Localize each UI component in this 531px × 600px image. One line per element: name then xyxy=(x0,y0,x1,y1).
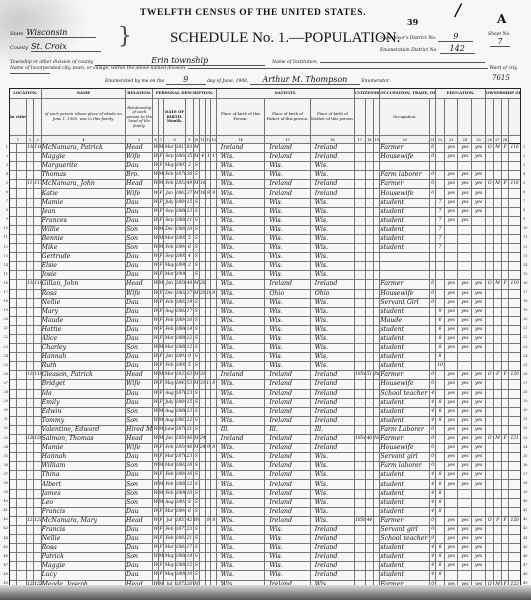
cell-year: 1888 xyxy=(175,344,186,353)
cell-eng: yes xyxy=(472,380,486,389)
cell-fob: Ireland xyxy=(265,498,310,507)
cell-month: Mar xyxy=(164,462,176,471)
cell-sch: 8 xyxy=(436,353,444,362)
cell-read: yes xyxy=(444,280,458,289)
cell-year: 1890 xyxy=(175,571,186,580)
cell-imm xyxy=(355,198,366,207)
cell-free xyxy=(494,471,501,480)
cell-name: Rosa xyxy=(41,289,125,298)
cell-yus xyxy=(365,171,373,180)
cell-rel: Wife xyxy=(126,289,153,298)
cell-imm xyxy=(355,353,366,362)
cell-rel: Wife xyxy=(126,444,153,453)
cell-yus xyxy=(365,407,373,416)
cell-age: 10 xyxy=(186,225,193,234)
cell-name: Hattie xyxy=(41,325,125,334)
cell-dw xyxy=(26,389,33,398)
cell-year: 1870 xyxy=(175,171,186,180)
cell-name: Bennie xyxy=(41,234,125,243)
cell-sch: 6 xyxy=(436,316,444,325)
cell-name: Rosa xyxy=(41,544,125,553)
cell-month: May xyxy=(164,162,176,171)
line-number: 33 xyxy=(1,436,8,440)
cell-street xyxy=(10,289,17,298)
cell-rel: Dau xyxy=(126,353,153,362)
cell-age: 21 xyxy=(186,535,193,544)
cell-yus xyxy=(365,544,373,553)
cell-write: yes xyxy=(458,516,472,525)
cell-age: 30 xyxy=(186,171,193,180)
cell-house xyxy=(17,507,26,516)
cell-free: M xyxy=(494,180,501,189)
cell-rel: Dau xyxy=(126,571,153,580)
cell-sex: M xyxy=(158,371,163,380)
cell-rel: Dau xyxy=(126,262,153,271)
cell-read: yes xyxy=(444,462,458,471)
cell-sch: 7 xyxy=(436,207,444,216)
cell-mob: Wis. xyxy=(310,362,354,371)
cell-month: Aug xyxy=(164,389,176,398)
cell-occ: Servant girl xyxy=(380,453,430,462)
cell-yus xyxy=(365,453,373,462)
cell-ms: M xyxy=(193,444,199,453)
line-number: 26 xyxy=(1,372,8,376)
cell-year: 1856 xyxy=(175,280,186,289)
cell-house xyxy=(17,234,26,243)
cell-farm xyxy=(501,453,508,462)
cell-age: 18 xyxy=(186,462,193,471)
cell-month: Dec xyxy=(164,289,176,298)
cell-sch: 8 xyxy=(436,571,444,580)
incorporated-value xyxy=(188,68,488,69)
cell-read: yes xyxy=(444,289,458,298)
cell-own xyxy=(485,334,493,343)
line-number: 12 xyxy=(523,245,530,249)
cell-fob: Wis. xyxy=(265,525,310,534)
line-number: 16 xyxy=(1,281,8,285)
cell-fob: Ireland xyxy=(265,453,310,462)
cell-pob: Wis. xyxy=(216,189,265,198)
cell-yus xyxy=(365,216,373,225)
cell-yus xyxy=(365,344,373,353)
cell-eng: yes xyxy=(472,407,486,416)
cell-occ: Farmer xyxy=(380,516,430,525)
cell-mob: Ireland xyxy=(310,535,354,544)
cell-name: William xyxy=(41,462,125,471)
cell-sched xyxy=(509,407,521,416)
cell-sch: 8 xyxy=(436,489,444,498)
cell-rel: Wife xyxy=(126,380,153,389)
cell-yus xyxy=(365,380,373,389)
sheet-no-field: Sheet No.7 xyxy=(488,32,511,47)
line-number: 34 xyxy=(523,445,530,449)
cell-occ: student xyxy=(380,498,430,507)
col-date-of-birth: DATE OF BIRTH. Month. xyxy=(164,99,186,136)
cell-fob: Ireland xyxy=(265,462,310,471)
cell-age: 8 xyxy=(186,498,193,507)
day-value: 9 xyxy=(166,75,206,85)
cell-street xyxy=(10,144,17,153)
cell-own xyxy=(485,171,493,180)
cell-sch: 8 xyxy=(436,334,444,343)
line-number: 23 xyxy=(1,345,8,349)
cell-imm xyxy=(355,153,366,162)
cell-own xyxy=(485,525,493,534)
cell-farm xyxy=(501,325,508,334)
cell-age: 2 xyxy=(186,162,193,171)
cell-yus xyxy=(365,471,373,480)
cell-year: 1851 xyxy=(175,180,186,189)
cell-read: yes xyxy=(444,471,458,480)
cell-own xyxy=(485,362,493,371)
cell-pob: Wis. xyxy=(216,307,265,316)
page-number: 39 xyxy=(407,17,418,27)
cell-race: W xyxy=(153,453,158,462)
cell-write: yes xyxy=(458,189,472,198)
cell-street xyxy=(10,371,17,380)
pencil-mark: / xyxy=(453,0,463,21)
cell-sex: M xyxy=(158,435,163,444)
cell-read: yes xyxy=(444,307,458,316)
line-number: 3 xyxy=(523,163,530,167)
cell-occ: Housewife xyxy=(380,153,430,162)
cell-dw xyxy=(26,544,33,553)
cell-age: 46 xyxy=(186,444,193,453)
cell-eng: yes xyxy=(472,444,486,453)
cell-occ: School teacher xyxy=(380,389,430,398)
cell-house xyxy=(17,353,26,362)
cell-rel: Dau xyxy=(126,398,153,407)
line-number: 47 xyxy=(1,563,8,567)
cell-dw xyxy=(26,234,33,243)
cell-house xyxy=(17,435,26,444)
cell-farm xyxy=(501,271,508,280)
cell-street xyxy=(10,416,17,425)
census-row: KatieWifeWFJan186337M1699Wis.IrelandIrel… xyxy=(10,189,521,198)
cell-own xyxy=(485,353,493,362)
cell-fam xyxy=(34,234,41,243)
cell-read: yes xyxy=(444,316,458,325)
cell-pob: Wis. xyxy=(216,407,265,416)
line-number: 46 xyxy=(1,554,8,558)
cell-mob: Ohio xyxy=(310,289,354,298)
cell-mob: Ireland xyxy=(310,416,354,425)
cell-yus xyxy=(365,298,373,307)
cell-farm xyxy=(501,298,508,307)
cell-fob: Wis. xyxy=(265,562,310,571)
cell-read: yes xyxy=(444,480,458,489)
line-number: 22 xyxy=(523,335,530,339)
group-location: LOCATION. xyxy=(10,89,42,99)
group-education: EDUCATION. xyxy=(436,89,486,99)
col-in-cities: In cities. xyxy=(10,99,27,136)
line-number: 14 xyxy=(1,263,8,267)
cell-dw xyxy=(26,344,33,353)
cell-imm xyxy=(355,162,366,171)
colnum: 23 xyxy=(444,136,458,144)
cell-mob: Ireland xyxy=(310,544,354,553)
cell-read xyxy=(444,262,458,271)
col-write xyxy=(458,99,472,136)
cell-dw xyxy=(26,189,33,198)
cell-mob: Wis. xyxy=(310,216,354,225)
col-years-us xyxy=(365,99,373,136)
cell-sex: M xyxy=(158,180,163,189)
cell-occ: Housewife xyxy=(380,380,430,389)
cell-pob: Wis. xyxy=(216,562,265,571)
cell-rel: Dau xyxy=(126,389,153,398)
cell-year: 1888 xyxy=(175,334,186,343)
cell-age: 12 xyxy=(186,480,193,489)
colnum: 1 xyxy=(10,136,27,144)
cell-pob: Wis. xyxy=(216,316,265,325)
cell-mob: Wis. xyxy=(310,162,354,171)
cell-race: W xyxy=(153,535,158,544)
cell-mob: Ireland xyxy=(310,435,354,444)
cell-free xyxy=(494,535,501,544)
colnum: 16 xyxy=(310,136,354,144)
cell-read: yes xyxy=(444,180,458,189)
cell-house xyxy=(17,216,26,225)
cell-read: yes xyxy=(444,207,458,216)
cell-imm xyxy=(355,207,366,216)
enumerated-label: Enumerated by me on the xyxy=(105,79,164,84)
colnum: 24 xyxy=(458,136,472,144)
line-number: 36 xyxy=(1,463,8,467)
cell-street xyxy=(10,253,17,262)
incorporated-label: Name of Incorporated city, town, or vill… xyxy=(10,66,186,71)
cell-rel: Dau xyxy=(126,216,153,225)
cell-street xyxy=(10,234,17,243)
cell-race: W xyxy=(153,471,158,480)
cell-race: W xyxy=(153,171,158,180)
cell-dw xyxy=(26,489,33,498)
cell-mob: Ireland xyxy=(310,553,354,562)
cell-occ: Farm laborer xyxy=(380,462,430,471)
cell-dw xyxy=(26,334,33,343)
cell-imm xyxy=(355,544,366,553)
colnum: 20 xyxy=(380,136,430,144)
cell-free xyxy=(494,407,501,416)
line-number: 40 xyxy=(1,499,8,503)
cell-street xyxy=(10,262,17,271)
line-number: 11 xyxy=(1,235,8,239)
cell-mob: Wis. xyxy=(310,462,354,471)
line-number: 20 xyxy=(523,317,530,321)
cell-imm xyxy=(355,480,366,489)
cell-mob: Ireland xyxy=(310,144,354,153)
cell-rel: Son xyxy=(126,225,153,234)
line-number: 24 xyxy=(1,354,8,358)
line-number: 27 xyxy=(523,381,530,385)
census-row: AliceDauWFMar188812SWis.Wis.Wis.student8… xyxy=(10,334,521,343)
cell-rel: Dau xyxy=(126,525,153,534)
cell-free xyxy=(494,207,501,216)
cell-street xyxy=(10,225,17,234)
cell-house xyxy=(17,516,26,525)
cell-free xyxy=(494,425,501,434)
cell-dw xyxy=(26,271,33,280)
cell-free xyxy=(494,353,501,362)
cell-mob: Wis. xyxy=(310,498,354,507)
cell-write xyxy=(458,498,472,507)
cell-occ: student xyxy=(380,244,430,253)
cell-ms: M xyxy=(193,189,199,198)
cell-street xyxy=(10,207,17,216)
cell-rel: Son xyxy=(126,407,153,416)
cell-sched xyxy=(509,525,521,534)
cell-house xyxy=(17,425,26,434)
cell-pob: Wis. xyxy=(216,471,265,480)
cell-free xyxy=(494,444,501,453)
cell-year: 1847 xyxy=(175,380,186,389)
cell-street xyxy=(10,507,17,516)
cell-year: 1864 xyxy=(175,153,186,162)
cell-race: W xyxy=(153,225,158,234)
cell-race: W xyxy=(153,389,158,398)
cell-sched xyxy=(509,507,521,516)
cell-fam xyxy=(34,444,41,453)
cell-imm xyxy=(355,244,366,253)
census-row: MaudeDauWFFeb188416SWis.Wis.Wis.Maude6ye… xyxy=(10,316,521,325)
cell-fam: 116 xyxy=(34,144,41,153)
cell-sch: 8 xyxy=(436,498,444,507)
census-row: BennieSonWMMar18955SWis.Wis.Wis.student7 xyxy=(10,234,521,243)
cell-own xyxy=(485,344,493,353)
col-family xyxy=(34,99,41,136)
cell-imm xyxy=(355,525,366,534)
cell-sched: 116 xyxy=(509,144,521,153)
cell-rel: Dau xyxy=(126,207,153,216)
cell-fob: Wis. xyxy=(265,307,310,316)
cell-imm xyxy=(355,344,366,353)
cell-house xyxy=(17,198,26,207)
cell-read: yes xyxy=(444,334,458,343)
cell-own xyxy=(485,289,493,298)
cell-rel: Dau xyxy=(126,162,153,171)
census-row: 118118Gillan, JohnHeadWMJan185644M20Wis.… xyxy=(10,280,521,289)
line-number: 32 xyxy=(1,426,8,430)
line-number: 34 xyxy=(1,445,8,449)
supervisor-value: 9 xyxy=(438,32,473,42)
cell-mob: Ireland xyxy=(310,407,354,416)
cell-read: yes xyxy=(444,444,458,453)
cell-rel: Head xyxy=(126,180,153,189)
census-row: MaggieDauWFMay188812SWis.Wis.Irelandstud… xyxy=(10,562,521,571)
cell-own xyxy=(485,216,493,225)
cell-dw xyxy=(26,262,33,271)
cell-year: 1889 xyxy=(175,225,186,234)
cell-dw xyxy=(26,307,33,316)
cell-sch xyxy=(436,180,444,189)
group-relation: RELATION. xyxy=(126,89,153,99)
line-number: 38 xyxy=(523,481,530,485)
cell-eng: yes xyxy=(472,516,486,525)
cell-own: O xyxy=(485,516,493,525)
cell-year: 1881 xyxy=(175,535,186,544)
cell-free xyxy=(494,289,501,298)
cell-age: 2 xyxy=(186,262,193,271)
cell-read: yes xyxy=(444,435,458,444)
cell-sch xyxy=(436,462,444,471)
line-number: 9 xyxy=(523,217,530,221)
cell-farm xyxy=(501,544,508,553)
cell-sch: 8 xyxy=(436,480,444,489)
census-row: MamieWifeWFFeb185446M2498Wis.IrelandIrel… xyxy=(10,444,521,453)
cell-age: 23 xyxy=(186,525,193,534)
census-row: LucyDauWFMay189010SWis.Wis.Irelandstuden… xyxy=(10,571,521,580)
cell-yus xyxy=(365,571,373,580)
cell-imm xyxy=(355,262,366,271)
cell-farm xyxy=(501,480,508,489)
cell-age: 17 xyxy=(186,544,193,553)
cell-sch: 7 xyxy=(436,234,444,243)
cell-fob: Ireland xyxy=(265,389,310,398)
cell-sch xyxy=(436,280,444,289)
cell-fob: Wis. xyxy=(265,198,310,207)
cell-farm xyxy=(501,207,508,216)
cell-sch xyxy=(436,153,444,162)
cell-sex: M xyxy=(158,407,163,416)
line-number: 26 xyxy=(523,372,530,376)
cell-mob: Wis. xyxy=(310,325,354,334)
cell-imm xyxy=(355,571,366,580)
cell-race: W xyxy=(153,153,158,162)
cell-own xyxy=(485,553,493,562)
cell-own xyxy=(485,207,493,216)
cell-pob: Wis. xyxy=(216,525,265,534)
cell-pob: Wis. xyxy=(216,516,265,525)
cell-farm xyxy=(501,498,508,507)
cell-race: W xyxy=(153,253,158,262)
cell-yrs: 20 xyxy=(199,280,205,289)
cell-read: yes xyxy=(444,344,458,353)
cell-own xyxy=(485,389,493,398)
cell-fob: Ireland xyxy=(265,471,310,480)
cell-house xyxy=(17,571,26,580)
cell-rel: Hired Man xyxy=(126,425,153,434)
cell-mob: Wis. xyxy=(310,353,354,362)
cell-street xyxy=(10,316,17,325)
cell-year: 1898 xyxy=(175,262,186,271)
cell-sch xyxy=(436,298,444,307)
cell-dw xyxy=(26,153,33,162)
cell-own xyxy=(485,453,493,462)
cell-yus xyxy=(365,562,373,571)
cell-fob: Wis. xyxy=(265,316,310,325)
colnum: 28 xyxy=(501,136,508,144)
cell-year: 1884 xyxy=(175,316,186,325)
cell-eng: yes xyxy=(472,398,486,407)
cell-free xyxy=(494,398,501,407)
cell-ms: Wd xyxy=(193,516,199,525)
cell-street xyxy=(10,571,17,580)
cell-rel: Wife xyxy=(126,189,153,198)
cell-street xyxy=(10,307,17,316)
cell-street xyxy=(10,462,17,471)
cell-fam xyxy=(34,489,41,498)
cell-yus xyxy=(365,525,373,534)
cell-house xyxy=(17,153,26,162)
census-rows: 116116McNamara, PatrickHeadWMMar181783MI… xyxy=(10,144,521,599)
cell-race: W xyxy=(153,271,158,280)
line-number: 29 xyxy=(523,399,530,403)
colnum: 8 xyxy=(164,136,186,144)
cell-rel: Son xyxy=(126,416,153,425)
cell-house xyxy=(17,416,26,425)
census-row: NellieDauWFFeb188119SWis.Wis.Wis.Servant… xyxy=(10,298,521,307)
cell-pob: Wis. xyxy=(216,234,265,243)
